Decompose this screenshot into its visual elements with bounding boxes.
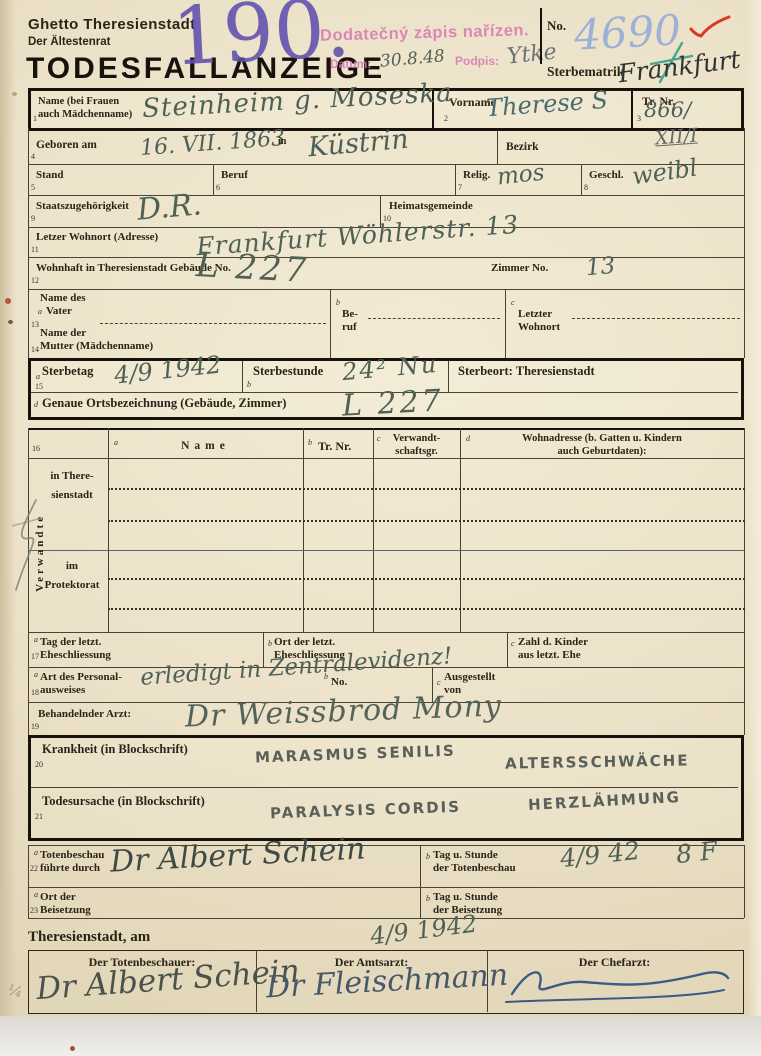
sterbematrik-label: Sterbematrik xyxy=(547,64,624,81)
name-label: Name (bei Frauen auch Mädchenname) xyxy=(38,95,138,121)
arzt-label: Behandelnder Arzt: xyxy=(38,708,131,722)
sterbeort-label: Sterbeort: Theresienstadt xyxy=(458,364,595,380)
sterbetag-label: Sterbetag xyxy=(42,364,93,380)
vater-label-line2: Vater xyxy=(46,305,72,319)
rule-wohnort-bottom xyxy=(28,257,744,258)
sterbetag-sub-a: a xyxy=(36,372,40,381)
ausweis-line1: Art des Personal- xyxy=(40,671,122,685)
stand-label: Stand xyxy=(36,169,64,183)
beisetzung-zeit-line1: Tag u. Stunde xyxy=(433,891,498,905)
no-label: No. xyxy=(547,18,566,34)
table-dotted-1 xyxy=(108,488,745,490)
field-num-23: 23 xyxy=(30,906,38,915)
ausweis-sub-a: a xyxy=(34,670,38,679)
stamp-podpis-label: Podpis: xyxy=(455,54,499,68)
ausweis-no-label: No. xyxy=(331,676,347,690)
table-right-border xyxy=(744,428,745,632)
table-dotted-2 xyxy=(108,520,745,522)
genaue-ort-label: Genaue Ortsbezeichnung (Gebäude, Zimmer) xyxy=(42,396,286,412)
field-num-7: 7 xyxy=(458,183,462,192)
field-num-22: 22 xyxy=(30,864,38,873)
ehe-ort-line1: Ort der letzt. xyxy=(274,636,335,650)
geboren-value: 16. VII. 1863 xyxy=(139,126,286,161)
field-num-20: 20 xyxy=(35,760,43,769)
ort-sub-d: d xyxy=(34,400,38,409)
kinder-sub-c: c xyxy=(511,639,515,648)
field-num-18: 18 xyxy=(31,688,39,697)
geschl-label: Geschl. xyxy=(589,169,624,183)
field-num-12: 12 xyxy=(31,276,39,285)
form-left-border xyxy=(28,128,29,358)
arzt-value: Dr Weissbrod Mony xyxy=(184,688,502,734)
mid-left-border xyxy=(28,632,29,735)
field-num-2: 2 xyxy=(444,114,448,123)
wohnhaft-value: L 227 xyxy=(195,245,310,291)
beruf-label: Beruf xyxy=(221,169,248,183)
tb-sub-a: a xyxy=(34,848,38,857)
table-group-divider xyxy=(28,550,744,551)
margin-pencil-squiggle xyxy=(4,496,50,596)
tb-zeit-value1: 4/9 42 xyxy=(559,836,642,873)
stamp-datum-label: Datum: xyxy=(330,57,371,71)
beruf-col-dash xyxy=(368,318,500,319)
name-box-divider2 xyxy=(631,91,633,128)
scan-speck xyxy=(70,1046,75,1051)
tb-left-border xyxy=(28,845,29,918)
ehe-tag-line2: Eheschliessung xyxy=(40,649,111,663)
paper-right-edge-shading xyxy=(747,0,761,1016)
sterbe-divider2 xyxy=(448,361,449,392)
relig-value: mos xyxy=(496,160,546,191)
table-dotted-3 xyxy=(108,578,745,580)
field-num-6: 6 xyxy=(216,183,220,192)
beruf-col-line1: Be- xyxy=(342,308,358,322)
beisetzung-zeit-sub-b: b xyxy=(426,894,430,903)
tb-line2: führte durch xyxy=(40,862,100,876)
wohnort-col-line2: Wohnort xyxy=(518,321,560,335)
org-name-line2: Der Ältestenrat xyxy=(28,35,110,49)
field-num-8: 8 xyxy=(584,183,588,192)
geschl-divider xyxy=(581,165,582,195)
parents-divider2 xyxy=(505,289,506,358)
table-dotted-4 xyxy=(108,608,745,610)
mutter-label-line1: Name der xyxy=(40,327,86,341)
beisetzung-sub-a: a xyxy=(34,890,38,899)
field-num-11: 11 xyxy=(31,245,39,254)
bezirk-label: Bezirk xyxy=(506,140,539,154)
rule-tb-bottom xyxy=(28,918,744,919)
tb-right-border xyxy=(744,845,745,918)
geboren-in-label: in xyxy=(278,136,286,149)
table-top-border xyxy=(28,428,745,430)
bezirk-divider xyxy=(497,131,498,164)
krankheit-label: Krankheit (in Blockschrift) xyxy=(42,742,188,758)
zimmer-label: Zimmer No. xyxy=(491,262,548,276)
table-bottom-border xyxy=(28,632,745,633)
field-num-14: 14 xyxy=(31,345,39,354)
scanned-death-notice-page: Ghetto Theresienstadt Der Ältestenrat TO… xyxy=(0,0,761,1056)
todesursache-label: Todesursache (in Blockschrift) xyxy=(42,794,205,810)
ehe-tag-sub-a: a xyxy=(34,635,38,644)
genaue-ort-value: L 227 xyxy=(341,383,444,423)
red-check-mark xyxy=(688,14,732,40)
sterbestunde-label: Sterbestunde xyxy=(253,364,323,380)
tb-divider xyxy=(420,845,421,918)
ehe-ort-sub-b: b xyxy=(268,639,272,648)
field-num-17: 17 xyxy=(31,652,39,661)
chefarzt-signature xyxy=(498,958,738,1010)
beisetzung-line2: Beisetzung xyxy=(40,904,91,918)
paper-speck xyxy=(12,92,17,96)
mid-right-border xyxy=(744,632,745,735)
tb-zeit-sub-b: b xyxy=(426,852,430,861)
header-divider-line xyxy=(540,8,542,64)
ehe-divider2 xyxy=(507,632,508,667)
krankheit-box-rule xyxy=(31,787,738,788)
ehe-tag-line1: Tag der letzt. xyxy=(40,636,101,650)
table-col-adr-line2: auch Geburtdaten): xyxy=(460,445,744,458)
footer-datum-value: 4/9 1942 xyxy=(369,910,479,951)
tb-zeit-line1: Tag u. Stunde xyxy=(433,849,498,863)
relig-label: Relig. xyxy=(463,169,490,183)
field-num-19: 19 xyxy=(31,722,39,731)
trnr-value: 866/ xyxy=(644,98,691,122)
beruf-divider xyxy=(213,165,214,195)
relig-divider xyxy=(455,165,456,195)
trnr-margin-note-pencil: XII/I xyxy=(654,125,698,150)
rule-tb-mid xyxy=(28,887,744,888)
staat-value: D.R. xyxy=(136,187,203,228)
wohnort-col-dash xyxy=(572,318,740,319)
paper-speck xyxy=(5,298,11,304)
field-num-16: 16 xyxy=(32,444,40,453)
wohnort-col-sub-c: c xyxy=(511,298,515,307)
beisetzung-line1: Ort der xyxy=(40,891,76,905)
table-col-adr-line1: Wohnadresse (b. Gatten u. Kindern xyxy=(460,432,744,445)
wohnort-col-line1: Letzter xyxy=(518,308,552,322)
table-col-b-sub: b xyxy=(308,438,312,447)
kinder-line2: aus letzt. Ehe xyxy=(518,649,581,663)
sterbe-divider1 xyxy=(242,361,243,392)
geboren-label: Geboren am xyxy=(36,138,97,152)
vater-sub-a: a xyxy=(38,307,42,316)
vater-label-line1: Name des xyxy=(40,292,86,306)
staat-label: Staatszugehörigkeit xyxy=(36,200,129,214)
field-num-1: 1 xyxy=(33,114,37,123)
ausgestellt-sub-c: c xyxy=(437,678,441,687)
corner-pencil-note: ¼ xyxy=(6,981,24,1002)
beruf-col-sub-b: b xyxy=(336,298,340,307)
field-num-13: 13 xyxy=(31,320,39,329)
tb-zeit-value2: 8 F xyxy=(675,836,719,869)
form-right-border xyxy=(744,128,745,358)
group-theresienstadt-line1: in There- xyxy=(40,470,104,484)
kinder-line1: Zahl d. Kinder xyxy=(518,636,588,650)
field-num-3: 3 xyxy=(637,114,641,123)
field-num-9: 9 xyxy=(31,214,35,223)
scanner-background xyxy=(0,1016,761,1056)
table-col-trnr-label: Tr. Nr. xyxy=(318,439,351,454)
rule-wohnhaft-bottom xyxy=(28,289,744,290)
beruf-col-line2: ruf xyxy=(342,321,357,335)
field-num-15: 15 xyxy=(35,382,43,391)
paper-speck xyxy=(8,320,13,324)
mutter-label-line2: Mutter (Mädchenname) xyxy=(40,340,153,354)
field-num-21: 21 xyxy=(35,812,43,821)
geschl-value: weibl xyxy=(630,154,699,191)
tb-line1: Totenbeschau xyxy=(40,849,104,863)
ausgestellt-line1: Ausgestellt xyxy=(444,671,495,685)
heimat-label: Heimatsgemeinde xyxy=(389,200,473,214)
stamp-line1: Dodatečný zápis nařízen. xyxy=(320,21,530,45)
vater-dash-line xyxy=(100,323,326,324)
table-col-verw-line1: Verwandt- xyxy=(373,432,460,445)
table-col-name-label: Name xyxy=(108,439,303,453)
wohnort-label: Letzer Wohnort (Adresse) xyxy=(36,231,158,245)
sterbestunde-sub-b: b xyxy=(247,380,251,389)
table-col-verw-line2: schaftsgr. xyxy=(373,445,460,458)
paper-sheet: Ghetto Theresienstadt Der Ältestenrat TO… xyxy=(0,0,761,1016)
field-num-5: 5 xyxy=(31,183,35,192)
krankheit-value-german: ALTERSSCHWÄCHE xyxy=(505,751,690,772)
field-num-4: 4 xyxy=(31,152,35,161)
ort-datum-label: Theresienstadt, am xyxy=(28,928,150,947)
parents-divider1 xyxy=(330,289,331,358)
tb-zeit-line2: der Totenbeschau xyxy=(433,862,516,876)
table-header-rule xyxy=(28,458,744,459)
zimmer-value: 13 xyxy=(585,253,616,281)
ausweis-line2: ausweises xyxy=(40,684,85,698)
stamp-datum-value: 30.8.48 xyxy=(379,46,445,72)
